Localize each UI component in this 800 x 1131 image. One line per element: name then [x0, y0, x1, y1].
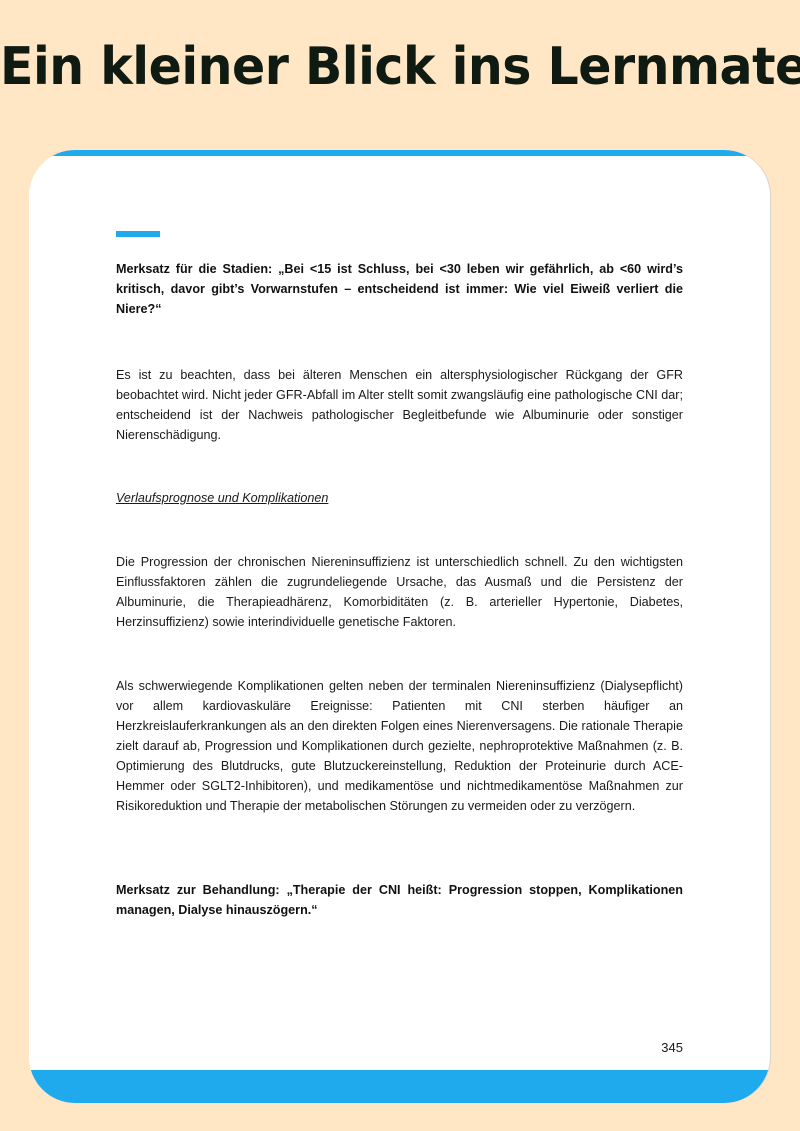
paragraph-gfr: Es ist zu beachten, dass bei älteren Men…	[116, 365, 683, 445]
document-page-card: Merksatz für die Stadien: „Bei <15 ist S…	[29, 150, 770, 1103]
bottom-accent-band	[29, 1070, 770, 1103]
top-accent-strip	[29, 150, 770, 156]
paragraph-progression: Die Progression der chronischen Nierenin…	[116, 552, 683, 632]
headline: Ein kleiner Blick ins Lernmaterial:	[0, 41, 800, 92]
accent-bar	[116, 231, 160, 237]
section-heading: Verlaufsprognose und Komplikationen	[116, 488, 683, 508]
merksatz-behandlung: Merksatz zur Behandlung: „Therapie der C…	[116, 880, 683, 920]
paragraph-komplikationen: Als schwerwiegende Komplikationen gelten…	[116, 676, 683, 816]
merksatz-stadien: Merksatz für die Stadien: „Bei <15 ist S…	[116, 259, 683, 319]
page-number: 345	[661, 1040, 683, 1055]
